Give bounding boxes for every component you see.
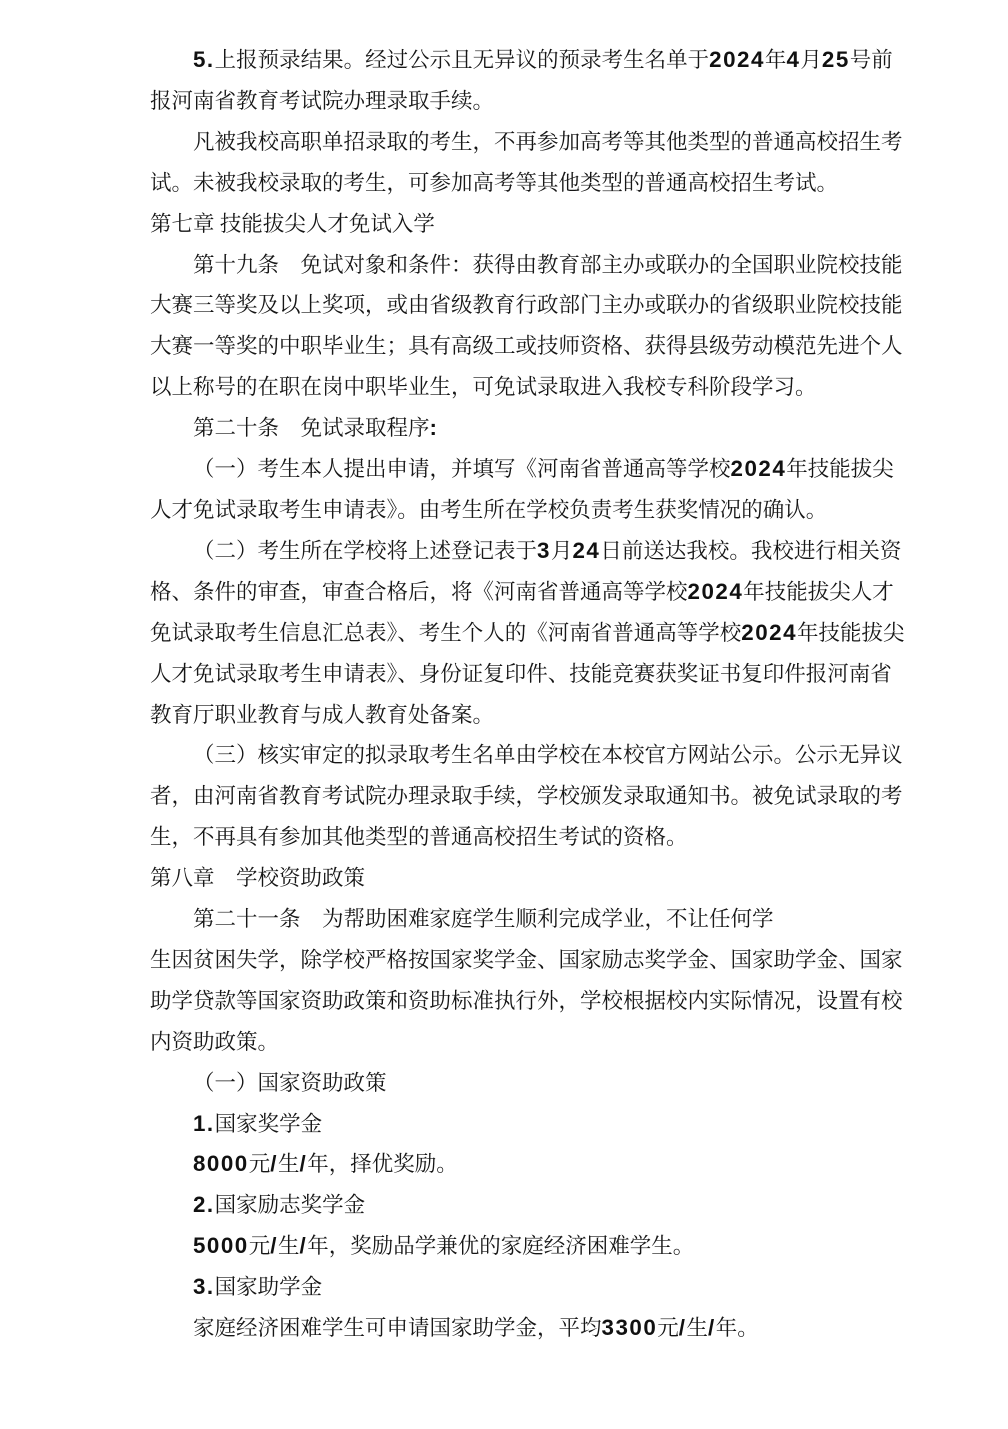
- bold-text-run: /: [679, 1315, 687, 1340]
- bold-text-run: 2024: [731, 456, 787, 481]
- text-run: 国家励志奖学金: [215, 1193, 366, 1217]
- paragraph: 2.国家励志奖学金: [150, 1185, 906, 1226]
- bold-text-run: 5000: [193, 1233, 249, 1258]
- bold-text-run: 5.: [193, 47, 215, 72]
- text-run: 年，奖励品学兼优的家庭经济困难学生。: [307, 1234, 694, 1258]
- paragraph: 5.上报预录结果。经过公示且无异议的预录考生名单于2024年4月25号前报河南省…: [150, 40, 906, 122]
- text-run: 上报预录结果。经过公示且无异议的预录考生名单于: [215, 48, 710, 72]
- paragraph: 3.国家助学金: [150, 1267, 906, 1308]
- text-run: 第二十条 免试录取程序: [193, 416, 430, 440]
- paragraph: 第二十一条 为帮助困难家庭学生顺利完成学业，不让任何学生因贫困失学，除学校严格按…: [150, 899, 906, 1063]
- text-run: （三）核实审定的拟录取考生名单由学校在本校官方网站公示。公示无异议者，由河南省教…: [150, 743, 903, 849]
- bold-text-run: 25: [822, 47, 850, 72]
- paragraph: 1.国家奖学金: [150, 1104, 906, 1145]
- paragraph: （二）考生所在学校将上述登记表于3月24日前送达我校。我校进行相关资格、条件的审…: [150, 531, 906, 736]
- text-run: 年，择优奖励。: [307, 1152, 458, 1176]
- text-run: 第八章 学校资助政策: [150, 866, 365, 890]
- bold-text-run: 4: [786, 47, 800, 72]
- bold-text-run: /: [270, 1151, 278, 1176]
- paragraph: 凡被我校高职单招录取的考生，不再参加高考等其他类型的普通高校招生考试。未被我校录…: [150, 122, 906, 204]
- text-run: 元: [249, 1152, 271, 1176]
- text-run: 第二十一条 为帮助困难家庭学生顺利完成学业，不让任何学: [193, 907, 774, 931]
- bold-text-run: /: [270, 1233, 278, 1258]
- bold-text-run: 3.: [193, 1274, 215, 1299]
- bold-text-run: 1.: [193, 1111, 215, 1136]
- chapter-heading: 第八章 学校资助政策: [150, 858, 906, 899]
- bold-text-run: 3300: [602, 1315, 658, 1340]
- text-run: 第十九条 免试对象和条件：获得由教育部主办或联办的全国职业院校技能大赛三等奖及以…: [150, 253, 903, 400]
- text-run: 元: [657, 1316, 679, 1340]
- bold-text-run: 2024: [709, 47, 765, 72]
- bold-text-run: 2024: [741, 620, 797, 645]
- paragraph: 8000元/生/年，择优奖励。: [150, 1144, 906, 1185]
- text-run: （二）考生所在学校将上述登记表于: [193, 539, 537, 563]
- text-run: 凡被我校高职单招录取的考生，不再参加高考等其他类型的普通高校招生考试。未被我校录…: [150, 130, 903, 195]
- text-run: 年。: [716, 1316, 759, 1340]
- text-run: 月: [800, 48, 822, 72]
- bold-text-run: 24: [572, 538, 600, 563]
- document-body: 5.上报预录结果。经过公示且无异议的预录考生名单于2024年4月25号前报河南省…: [150, 40, 906, 1349]
- bold-text-run: 8000: [193, 1151, 249, 1176]
- bold-text-run: 2024: [688, 579, 744, 604]
- document-page: 5.上报预录结果。经过公示且无异议的预录考生名单于2024年4月25号前报河南省…: [0, 0, 1008, 1429]
- bold-text-run: /: [708, 1315, 716, 1340]
- paragraph: 5000元/生/年，奖励品学兼优的家庭经济困难学生。: [150, 1226, 906, 1267]
- chapter-heading: 第七章 技能拔尖人才免试入学: [150, 204, 906, 245]
- paragraph: 第十九条 免试对象和条件：获得由教育部主办或联办的全国职业院校技能大赛三等奖及以…: [150, 245, 906, 409]
- paragraph: 家庭经济困难学生可申请国家助学金，平均3300元/生/年。: [150, 1308, 906, 1349]
- text-run: 国家助学金: [215, 1275, 323, 1299]
- bold-text-run: :: [430, 415, 439, 440]
- paragraph: （一）考生本人提出申请，并填写《河南省普通高等学校2024年技能拔尖人才免试录取…: [150, 449, 906, 531]
- paragraph: （三）核实审定的拟录取考生名单由学校在本校官方网站公示。公示无异议者，由河南省教…: [150, 735, 906, 858]
- paragraph: 第二十条 免试录取程序:: [150, 408, 906, 449]
- paragraph: （一）国家资助政策: [150, 1063, 906, 1104]
- text-run: 生: [687, 1316, 709, 1340]
- bold-text-run: 2.: [193, 1192, 215, 1217]
- text-run: （一）考生本人提出申请，并填写《河南省普通高等学校: [193, 457, 731, 481]
- text-run: 生: [278, 1152, 300, 1176]
- text-run: 元: [249, 1234, 271, 1258]
- text-run: 国家奖学金: [215, 1112, 323, 1136]
- text-run: 生因贫困失学，除学校严格按国家奖学金、国家励志奖学金、国家助学金、国家助学贷款等…: [150, 948, 903, 1054]
- text-run: 年: [765, 48, 787, 72]
- text-run: （一）国家资助政策: [193, 1071, 387, 1095]
- text-run: 第七章 技能拔尖人才免试入学: [150, 212, 435, 236]
- text-run: 生: [278, 1234, 300, 1258]
- bold-text-run: 3: [537, 538, 551, 563]
- text-run: 月: [551, 539, 573, 563]
- text-run: 家庭经济困难学生可申请国家助学金，平均: [193, 1316, 602, 1340]
